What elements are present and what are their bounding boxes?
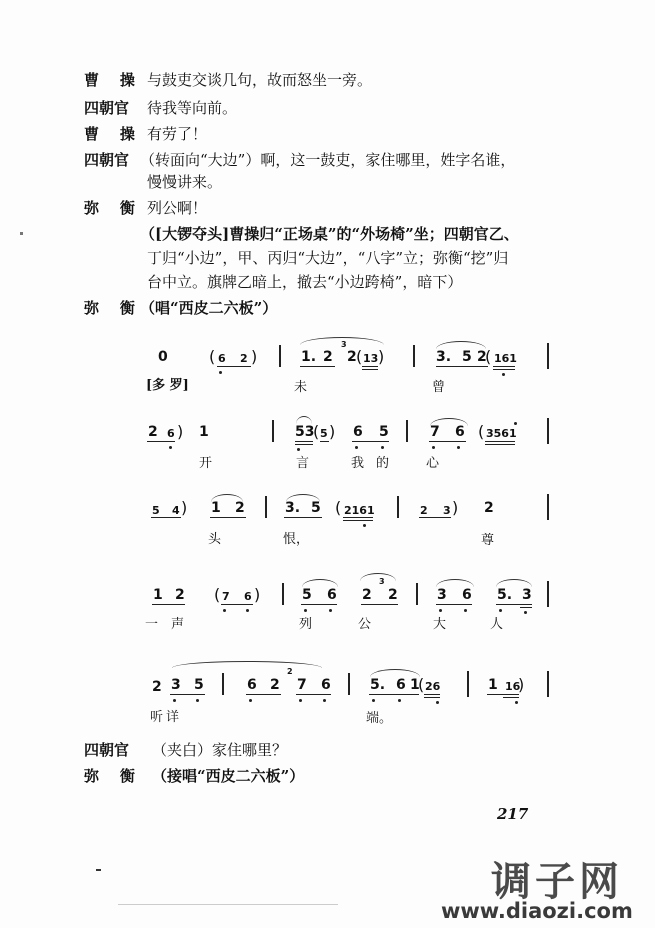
- lyric: 心: [426, 456, 439, 472]
- paren: (: [485, 349, 491, 365]
- slur: [436, 341, 486, 349]
- dot: [246, 609, 249, 612]
- underline: [496, 604, 532, 605]
- underline: [419, 517, 451, 518]
- paren: (: [313, 424, 319, 440]
- underline: [485, 444, 515, 445]
- note: 6: [462, 587, 472, 603]
- note: 3.: [285, 500, 300, 516]
- underline: [362, 369, 378, 370]
- bar-line: [416, 583, 418, 605]
- lyric: 声: [171, 617, 184, 633]
- paren: (: [335, 500, 341, 516]
- line-text: （夹白）家住哪里？: [152, 740, 287, 760]
- paren: (: [418, 677, 424, 693]
- dot: [436, 701, 439, 704]
- lyric: 恨，: [283, 532, 309, 548]
- underline: [424, 694, 440, 695]
- bar-line: [272, 420, 274, 442]
- slur: [370, 669, 420, 677]
- paren: ): [329, 424, 335, 440]
- percussion-label: [多 罗]: [146, 378, 189, 394]
- paren: (: [356, 349, 362, 365]
- score-page: 曹 操 与鼓吏交谈几句，故而怒坐一旁。 四朝官 待我等向前。 曹 操 有劳了！ …: [0, 0, 655, 928]
- lyric: 未: [294, 380, 307, 396]
- underline: [221, 604, 253, 605]
- speaker-cao-cao: 曹 操: [84, 124, 135, 144]
- note: 1: [153, 587, 163, 603]
- paren: (: [478, 424, 484, 440]
- lyric: 听: [150, 710, 163, 726]
- note: 6: [244, 589, 252, 605]
- speaker-mi-heng: 弥 衡: [84, 766, 135, 786]
- note: 5: [302, 587, 312, 603]
- bar-line: [222, 673, 224, 695]
- bar-line: [547, 418, 549, 444]
- line-text: 有劳了！: [147, 124, 207, 144]
- underline: [152, 604, 185, 605]
- underline: [151, 517, 181, 518]
- underline: [487, 694, 519, 695]
- dot: [169, 446, 172, 449]
- note: 7: [222, 589, 230, 605]
- dot: [464, 609, 467, 612]
- note: 6: [327, 587, 337, 603]
- lyric: 曾: [432, 380, 445, 396]
- bar-line: [282, 583, 284, 605]
- slur: [296, 416, 312, 424]
- underline: [485, 441, 515, 442]
- dot: [499, 609, 502, 612]
- bar-line: [547, 671, 549, 697]
- underline: [429, 441, 466, 442]
- note: 7: [430, 424, 440, 440]
- slur: [360, 573, 396, 581]
- underline: [424, 697, 440, 698]
- bar-line: [413, 345, 415, 367]
- note: 1: [211, 500, 221, 516]
- dot: [323, 699, 326, 702]
- paren: (: [209, 349, 215, 365]
- underline: [343, 517, 373, 518]
- line-text: 慢慢讲来。: [147, 172, 222, 192]
- slur: [436, 579, 474, 587]
- note: 5.: [370, 677, 385, 693]
- note: 2: [323, 349, 333, 365]
- note: 3: [171, 677, 181, 693]
- dot: [515, 701, 518, 704]
- lyric: 人: [490, 617, 503, 633]
- line-text: （转面向“大边”）啊，这一鼓吏，家住哪里，姓字名谁，: [140, 150, 515, 170]
- slur: [172, 661, 322, 668]
- lyric: 大: [433, 617, 446, 633]
- note: 1: [199, 424, 209, 440]
- underline: [362, 366, 378, 367]
- paren: ): [181, 500, 187, 516]
- note: 13: [363, 351, 378, 367]
- note: 5: [194, 677, 204, 693]
- note: 26: [425, 679, 440, 695]
- bar-line: [547, 581, 549, 607]
- underline: [301, 604, 337, 605]
- lyric: 端。: [366, 711, 392, 727]
- dot: [457, 446, 460, 449]
- note: 6: [455, 424, 465, 440]
- page-number: 217: [497, 805, 528, 823]
- note: 2: [235, 500, 245, 516]
- underline: [493, 369, 515, 370]
- line-text: 列公啊！: [147, 198, 207, 218]
- speaker-sichaoguan: 四朝官: [84, 150, 129, 170]
- underline: [295, 444, 313, 445]
- lyric: 的: [376, 456, 389, 472]
- dot: [363, 524, 366, 527]
- scan-speck: [96, 869, 101, 871]
- line-text: （接唱“西皮二六板”）: [152, 766, 304, 786]
- lyric: 详: [166, 710, 179, 726]
- paren: ): [452, 500, 458, 516]
- dot-high: [514, 422, 517, 425]
- dot: [299, 699, 302, 702]
- dot: [355, 446, 358, 449]
- dot: [398, 699, 401, 702]
- speaker-sichaoguan: 四朝官: [84, 740, 129, 760]
- underline: [436, 366, 488, 367]
- note: 161: [494, 351, 517, 367]
- bar-line: [397, 496, 399, 518]
- underline: [300, 366, 335, 367]
- lyric: 头: [208, 532, 221, 548]
- underline: [296, 694, 331, 695]
- dot: [372, 699, 375, 702]
- underline: [352, 441, 389, 442]
- bar-line: [279, 345, 281, 367]
- dot: [173, 699, 176, 702]
- note: 2: [148, 424, 158, 440]
- dot: [439, 609, 442, 612]
- paren: ): [254, 587, 260, 603]
- scan-speck: [20, 232, 23, 235]
- note: 5.: [497, 587, 512, 603]
- note: 6: [247, 677, 257, 693]
- note: 5: [379, 424, 389, 440]
- paren: ): [518, 677, 524, 693]
- grace-note: 3: [379, 578, 385, 586]
- note: 6: [396, 677, 406, 693]
- underline: [369, 694, 419, 695]
- dot: [219, 371, 222, 374]
- paren: ): [177, 424, 183, 440]
- underline: [493, 366, 515, 367]
- bar-line: [348, 673, 350, 695]
- note: 5: [462, 349, 472, 365]
- speaker-sichaoguan: 四朝官: [84, 98, 129, 118]
- bar-line: [467, 671, 469, 697]
- lyric: 公: [358, 617, 371, 633]
- slur: [302, 579, 338, 587]
- paren: ): [378, 349, 384, 365]
- note: 2: [175, 587, 185, 603]
- underline: [520, 607, 532, 608]
- underline: [361, 604, 398, 605]
- bar-line: [547, 343, 549, 369]
- bar-line: [265, 496, 267, 518]
- underline: [284, 517, 322, 518]
- note: 6: [167, 426, 175, 442]
- underline: [320, 441, 329, 442]
- lyric: 一: [145, 617, 158, 633]
- note: 2: [152, 679, 162, 695]
- note: 6: [218, 351, 226, 367]
- note: 2: [484, 500, 494, 516]
- dot: [502, 373, 505, 376]
- dot: [223, 609, 226, 612]
- dot: [329, 609, 332, 612]
- lyric: 开: [199, 456, 212, 472]
- note: 0: [158, 349, 168, 365]
- note: 5: [311, 500, 321, 516]
- note: 2: [388, 587, 398, 603]
- grace-note: 2: [287, 668, 293, 676]
- underline: [343, 520, 373, 521]
- bar-line: [547, 494, 549, 520]
- lyric: 我: [351, 456, 364, 472]
- lyric: 尊: [481, 533, 494, 549]
- line-text: 待我等向前。: [147, 98, 237, 118]
- dot: [196, 699, 199, 702]
- grace-note: 3: [341, 341, 347, 349]
- note: 3: [437, 587, 447, 603]
- speaker-mi-heng: 弥 衡: [84, 198, 135, 218]
- bar-line: [406, 420, 408, 442]
- paren: (: [214, 587, 220, 603]
- note: 6: [353, 424, 363, 440]
- note: 7: [297, 677, 307, 693]
- line-text: 与鼓吏交谈几句，故而怒坐一旁。: [147, 70, 372, 90]
- note: 2: [270, 677, 280, 693]
- underline: [503, 697, 519, 698]
- paren: ): [251, 349, 257, 365]
- note: 5: [320, 426, 328, 442]
- underline: [436, 604, 472, 605]
- note: 2: [240, 351, 248, 367]
- dot: [381, 446, 384, 449]
- note: 6: [321, 677, 331, 693]
- underline: [295, 441, 313, 442]
- underline: [246, 694, 281, 695]
- note: 53: [295, 424, 314, 440]
- underline: [147, 441, 175, 442]
- dot: [297, 448, 300, 451]
- speaker-cao-cao: 曹 操: [84, 70, 135, 90]
- underline: [170, 694, 205, 695]
- lyric: 言: [296, 456, 309, 472]
- dot: [432, 446, 435, 449]
- watermark-url: www.diaozi.com: [441, 899, 633, 923]
- dot: [249, 699, 252, 702]
- note: 1: [488, 677, 498, 693]
- note: 3.: [436, 349, 451, 365]
- note: 2: [362, 587, 372, 603]
- note: 1.: [301, 349, 316, 365]
- slur: [496, 579, 532, 587]
- lyric: 列: [299, 617, 312, 633]
- dot: [524, 611, 527, 614]
- underline: [210, 517, 246, 518]
- speaker-mi-heng: 弥 衡: [84, 298, 135, 318]
- note: 3: [522, 587, 532, 603]
- scan-artifact: [118, 904, 338, 905]
- underline: [217, 366, 251, 367]
- note: 3561: [486, 426, 517, 442]
- dot: [304, 609, 307, 612]
